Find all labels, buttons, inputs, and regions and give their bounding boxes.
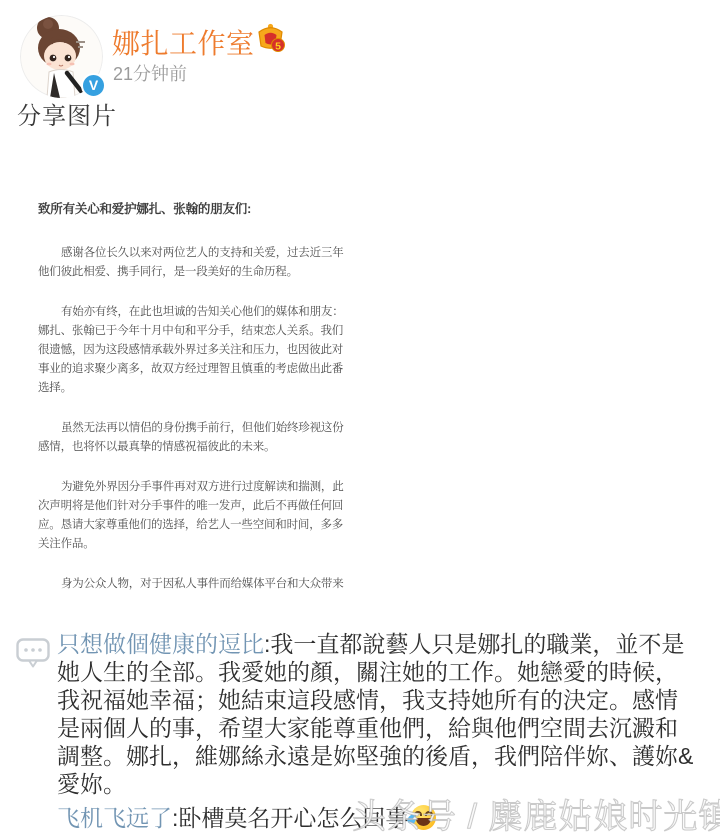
avatar[interactable]: V [20, 15, 103, 98]
letter-paragraph: 为避免外界因分手事件再对双方进行过度解读和揣测，此次声明将是他们针对分手事件的唯… [38, 478, 344, 554]
comment-username[interactable]: 飞机飞远了 [57, 805, 172, 831]
letter-paragraph: 身为公众人物，对于因私人事件而给媒体平台和大众带来 [38, 575, 344, 594]
post-text: 分享图片 [17, 96, 117, 131]
letter-paragraph: 虽然无法再以情侣的身份携手前行，但他们始终珍视这份感情，也将怀以最真挚的情感祝福… [38, 419, 344, 457]
timestamp: 21分钟前 [113, 60, 187, 86]
comment-text: 只想做個健康的逗比:我一直都說藝人只是娜扎的職業，並不是她人生的全部。我愛她的顏… [57, 630, 697, 798]
crown-level: 5 [275, 41, 281, 53]
letter-paragraph: 感谢各位长久以来对两位艺人的支持和关爱，过去近三年他们彼此相爱、携手同行，是一段… [38, 244, 344, 282]
username[interactable]: 娜扎工作室 [112, 22, 255, 62]
letter-salutation: 致所有关心和爱护娜扎、张翰的朋友们: [38, 200, 344, 219]
vip-crown-icon: 5 [254, 23, 287, 54]
letter-paragraph: 有始亦有终，在此也坦诚的告知关心他们的媒体和朋友：娜扎、张翰已于今年十月中旬和平… [38, 303, 344, 398]
weibo-post-page: V 娜扎工作室 5 21分钟前 分享图片 致所有关心和爱护娜扎、张翰的朋友们: … [0, 0, 720, 838]
comment-bubble-icon [16, 638, 50, 668]
verified-v-icon: V [81, 73, 106, 98]
watermark: 头条号 / 麋鹿姑娘时光镇 [352, 789, 720, 838]
comment-username[interactable]: 只想做個健康的逗比 [57, 631, 264, 657]
statement-letter-image[interactable]: 致所有关心和爱护娜扎、张翰的朋友们: 感谢各位长久以来对两位艺人的支持和关爱，过… [38, 200, 344, 594]
comment-item: 只想做個健康的逗比:我一直都說藝人只是娜扎的職業，並不是她人生的全部。我愛她的顏… [57, 630, 697, 798]
